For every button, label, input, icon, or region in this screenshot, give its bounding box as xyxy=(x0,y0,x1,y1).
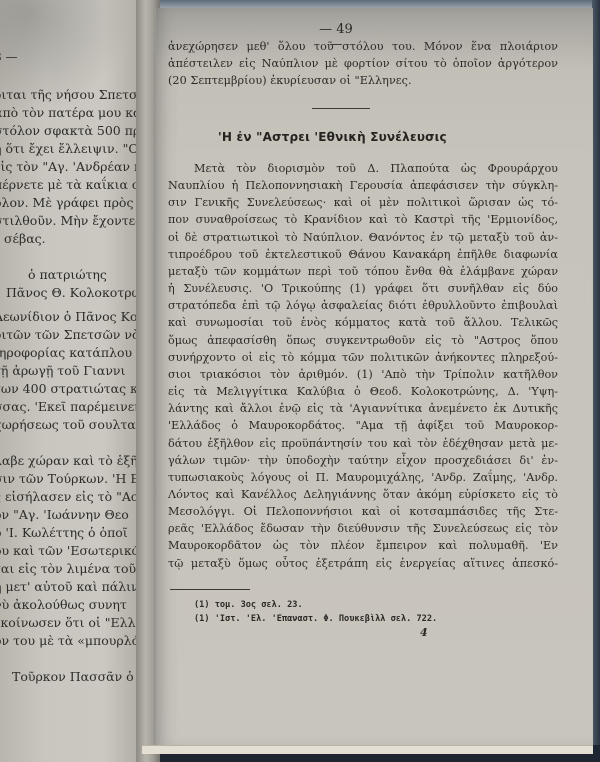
text-line: τῷ μεταξὺ ὅμως οὗτος ἐξετράπη εἰς ἐνεργε… xyxy=(168,555,558,572)
text-line: χωρήσεως τοῦ σουλτα xyxy=(0,416,144,434)
text-line: σιν τῶν Τούρκων. 'Η Ε xyxy=(0,470,144,488)
section-heading: 'Η ἐν "Αστρει 'Εθνικὴ Συνέλευσις xyxy=(218,130,447,144)
signature-line-1: ὁ πατριώτης xyxy=(0,266,144,284)
footnotes: (1) τομ. 3ος σελ. 23. (1) 'Ιστ. 'Ελ. 'Επ… xyxy=(194,598,437,626)
text-line: 'Ελλάδος ὁ Μαυροκορδάτος. "Αμα τῇ ἀφίξει… xyxy=(168,417,558,434)
text-line: Ναυπλίου ἡ Πελοποννησιακὴ Γερουσία ἀπεφά… xyxy=(168,177,558,194)
text-line: σιοι τριακόσιοι τὸν ἀριθμόν. (1) 'Απὸ τὴ… xyxy=(168,366,558,383)
text-line: γάλων τιμῶν· τὴν ὑποδοχὴν ταύτην εἶχον π… xyxy=(168,452,558,469)
text-line xyxy=(0,434,144,452)
blank-line xyxy=(0,248,144,266)
text-line: ς εἰσήλασεν εἰς τὸ "Ασ xyxy=(0,488,144,506)
background-surface-right xyxy=(592,0,600,762)
text-line: η μετ' αὐτοῦ καὶ πάλιν xyxy=(0,578,144,596)
text-line: τῇ ἀρωγῇ τοῦ Γιαννι xyxy=(0,362,144,380)
text-line: Τοῦρκον Πασσᾶν ὁ ὁποῖ xyxy=(0,668,144,686)
text-line: των 400 στρατιώτας καὶ xyxy=(0,380,144,398)
text-line: Λεωνίδιον ὁ Πᾶνος Κολο xyxy=(0,308,144,326)
text-line: Μεσολόγγι. Οἱ Πελοποννήσιοι καὶ οἱ κοτσα… xyxy=(168,503,558,520)
text-line: ἀπέστειλεν εἰς Ναύπλιον μὲ φορτίον σίτου… xyxy=(168,55,558,72)
text-line: δάτου ἐξῆλθον εἰς προϋπάντησίν του καὶ τ… xyxy=(168,435,558,452)
text-line: ἡ Συνέλευσις. 'Ο Τρικούπης (1) γράφει ὅτ… xyxy=(168,280,558,297)
text-line: στρατόπεδα ἐπὶ τῷ λόγῳ ἀσφαλείας διότι ἐ… xyxy=(168,297,558,314)
text-line: η ὅτι ἔχει ἔλλειψιν. "Οθεν xyxy=(0,140,144,158)
text-line: όλον. Μὲ γράφει πρὸς τοὺς xyxy=(0,194,144,212)
text-line: (20 Σεπτεμβρίου) ἐκυρίευσαν οἱ "Ελληνες. xyxy=(168,72,558,89)
book-photo: 8 — ριται τῆς νήσου Σπετσῶν. ἀπὸ τὸν πατ… xyxy=(0,0,600,762)
text-line: Μαυροκορδᾶτον ὡς τὸν πλέον ἔμπειρον καὶ … xyxy=(168,537,558,554)
text-line: ιηροφορίας κατάπλου τοῦ xyxy=(0,344,144,362)
text-line: ὅμως ἀπεφασίσθη ὅπως συγκεντρωθοῦν εἰς τ… xyxy=(168,332,558,349)
text-line: νὺ ἀκολούθως συνητ xyxy=(0,596,144,614)
text-line: σέβας. xyxy=(0,230,144,248)
text-line: ται εἰς τὸν λιμένα τοῦ xyxy=(0,560,144,578)
text-line: ριτῶν τῶν Σπετσῶν νὰ μ xyxy=(0,326,144,344)
right-page: — 49 — ἀνεχώρησεν μεθ' ὅλου τοῦ στόλου τ… xyxy=(155,8,593,748)
signature-line-2: Πᾶνος Θ. Κολοκοτρώνης xyxy=(0,284,144,302)
text-line: Λόντος καὶ Κανέλλος Δεληγιάννης ὅταν ἀκό… xyxy=(168,486,558,503)
background-surface-top xyxy=(150,0,600,8)
footnote: (1) τομ. 3ος σελ. 23. xyxy=(194,598,437,612)
text-line: τιπροέδρου τοῦ ἐκτελεστικοῦ Θάνου Κανακά… xyxy=(168,246,558,263)
text-line: οἱ δὲ στρατιωτικοὶ τὸ Ναύπλιον. Θανόντος… xyxy=(168,229,558,246)
text-line: σιν Γενικῆς Συνελεύσεως· καὶ οἱ μὲν πολι… xyxy=(168,194,558,211)
text-line: ὸν "Αγ. 'Ιωάννην Θεο xyxy=(0,506,144,524)
text-line: ἀπὸ τὸν πατέρα μου καὶ μὲ xyxy=(0,104,144,122)
text-line: ρεᾶς 'Ελλάδος ἔδωσαν τὴν διεύθυνσιν τῆς … xyxy=(168,520,558,537)
text-line: ἀνεχώρησεν μεθ' ὅλου τοῦ στόλου του. Μόν… xyxy=(168,38,558,55)
text-line: εἰς τὰ Μελιγγίτικα Καλύβια ὁ Θεοδ. Κολοκ… xyxy=(168,383,558,400)
printer-signature-mark: 4 xyxy=(420,626,428,639)
text-line: στόλον σφακτὰ 500 πρὸς xyxy=(0,122,144,140)
footnote: (1) 'Ιστ. 'Ελ. 'Επαναστ. Φ. Πουκεβὶλλ σε… xyxy=(194,612,437,626)
text-line: λαβε χώραν καὶ τὸ ἑξῆς xyxy=(0,452,144,470)
text-line: ὁ 'Ι. Κωλέττης ὁ ὁποῖ xyxy=(0,524,144,542)
left-page-number: 8 — xyxy=(0,48,144,66)
text-line: ου καὶ τῶν 'Εσωτερικῶν xyxy=(0,542,144,560)
text-line: στιλθοῦν. Μὴν ἔχοντες xyxy=(0,212,144,230)
text-line: εκοίνωσεν ὅτι οἱ "Ελλη xyxy=(0,614,144,632)
text-line: ριται τῆς νήσου Σπετσῶν. xyxy=(0,86,144,104)
opening-text: ἀνεχώρησεν μεθ' ὅλου τοῦ στόλου του. Μόν… xyxy=(168,38,558,90)
left-page-text: 8 — ριται τῆς νήσου Σπετσῶν. ἀπὸ τὸν πατ… xyxy=(0,48,144,686)
text-line: ον του μὲ τὰ «μπουρλότ xyxy=(0,632,144,650)
text-line: καὶ συνωμοσίαι τοῦ ἑνὸς κόμματος κατὰ το… xyxy=(168,314,558,331)
text-line: πέρνετε μὲ τὰ καΐκια σας xyxy=(0,176,144,194)
text-line: συνήρχοντο οἱ εἰς τὸ κόμμα τῶν πολιτικῶν… xyxy=(168,349,558,366)
text-line xyxy=(0,650,144,668)
text-line: λάντης καὶ ἄλλοι ἐνῷ εἰς τὰ 'Αγιαννίτικα… xyxy=(168,400,558,417)
footnote-rule xyxy=(170,589,250,590)
text-line: εἰς τὸν "Αγ. 'Ανδρέαν καὶ xyxy=(0,158,144,176)
text-line: Μετὰ τὸν διορισμὸν τοῦ Δ. Πλαπούτα ὡς Φρ… xyxy=(168,160,558,177)
page-edge xyxy=(142,745,593,754)
text-line: μεταξὺ τῶν κομμάτων περὶ τοῦ τόπου ἔνθα … xyxy=(168,263,558,280)
section-divider xyxy=(312,108,370,109)
body-paragraph: Μετὰ τὸν διορισμὸν τοῦ Δ. Πλαπούτα ὡς Φρ… xyxy=(168,160,558,572)
text-line: τυπωσιακοὺς λόγους οἱ Π. Μαυρομιχάλης, '… xyxy=(168,469,558,486)
text-line: πον συναθροίσεως τὸ Κρανίδιον καὶ τὸ Κασ… xyxy=(168,211,558,228)
text-line: σσας. 'Εκεῖ παρέμεινεν xyxy=(0,398,144,416)
left-page: 8 — ριται τῆς νήσου Σπετσῶν. ἀπὸ τὸν πατ… xyxy=(0,0,148,762)
